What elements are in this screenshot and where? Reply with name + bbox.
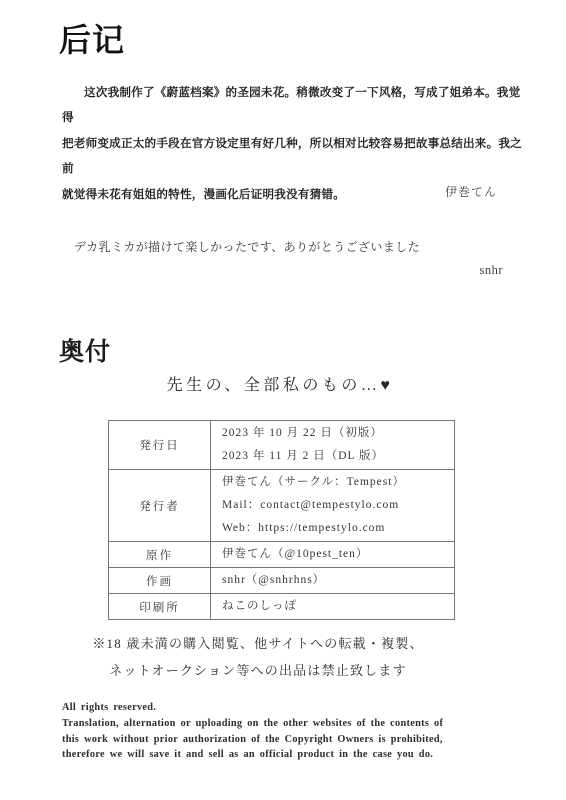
value-line: 2023 年 10 月 22 日（初版）: [222, 422, 454, 445]
value-line: 伊巻てん（サークル：Tempest）: [222, 471, 454, 494]
copyright-line: Translation, alternation or uploading on…: [62, 716, 443, 732]
value-line: 2023 年 11 月 2 日（DL 版）: [222, 445, 454, 468]
row-label: 印刷所: [109, 594, 211, 620]
row-value: 2023 年 10 月 22 日（初版） 2023 年 11 月 2 日（DL …: [211, 421, 455, 470]
afterword-colophon-page: 后记 这次我制作了《蔚蓝档案》的圣园未花。稍微改变了一下风格，写成了姐弟本。我觉…: [0, 0, 566, 800]
copyright-statement: All rights reserved. Translation, altern…: [62, 700, 443, 763]
row-value: 伊巻てん（@10pest_ten）: [211, 542, 455, 568]
age-restriction-notice: ※18 歳未満の購入閲覧、他サイトへの転載・複製、 ネットオークション等への出品…: [0, 631, 516, 684]
colophon-heading: 奥付: [59, 338, 111, 368]
colophon-table: 発行日 2023 年 10 月 22 日（初版） 2023 年 11 月 2 日…: [108, 420, 455, 620]
table-row-printer: 印刷所 ねこのしっぽ: [109, 594, 455, 620]
notice-line: ※18 歳未満の購入閲覧、他サイトへの転載・複製、: [0, 631, 516, 658]
copyright-line: this work without prior authorization of…: [62, 732, 443, 748]
value-line: Web：https://tempestylo.com: [222, 517, 454, 540]
value-line: snhr（@snhrhns）: [222, 569, 454, 592]
table-row-publication-date: 発行日 2023 年 10 月 22 日（初版） 2023 年 11 月 2 日…: [109, 421, 455, 470]
table-row-illustration: 作画 snhr（@snhrhns）: [109, 568, 455, 594]
row-label: 発行者: [109, 470, 211, 542]
author-signature: 伊巻てん: [62, 183, 497, 200]
artist-comment: デカ乳ミカが描けて楽しかったです、ありがとうございました: [74, 238, 420, 255]
copyright-line: All rights reserved.: [62, 700, 443, 716]
value-line: 伊巻てん（@10pest_ten）: [222, 543, 454, 566]
afterword-heading: 后记: [59, 22, 125, 58]
row-value: ねこのしっぽ: [211, 594, 455, 620]
value-line: ねこのしっぽ: [222, 595, 454, 618]
row-value: 伊巻てん（サークル：Tempest） Mail：contact@tempesty…: [211, 470, 455, 542]
artist-signature: snhr: [62, 263, 503, 278]
row-label: 作画: [109, 568, 211, 594]
row-value: snhr（@snhrhns）: [211, 568, 455, 594]
notice-line: ネットオークション等への出品は禁止致します: [0, 658, 516, 685]
value-line: Mail：contact@tempestylo.com: [222, 494, 454, 517]
table-row-original-work: 原作 伊巻てん（@10pest_ten）: [109, 542, 455, 568]
row-label: 発行日: [109, 421, 211, 470]
table-row-publisher: 発行者 伊巻てん（サークル：Tempest） Mail：contact@temp…: [109, 470, 455, 542]
work-title: 先生の、全部私のもの…♥: [0, 372, 560, 395]
copyright-line: therefore we will save it and sell as an…: [62, 747, 443, 763]
row-label: 原作: [109, 542, 211, 568]
